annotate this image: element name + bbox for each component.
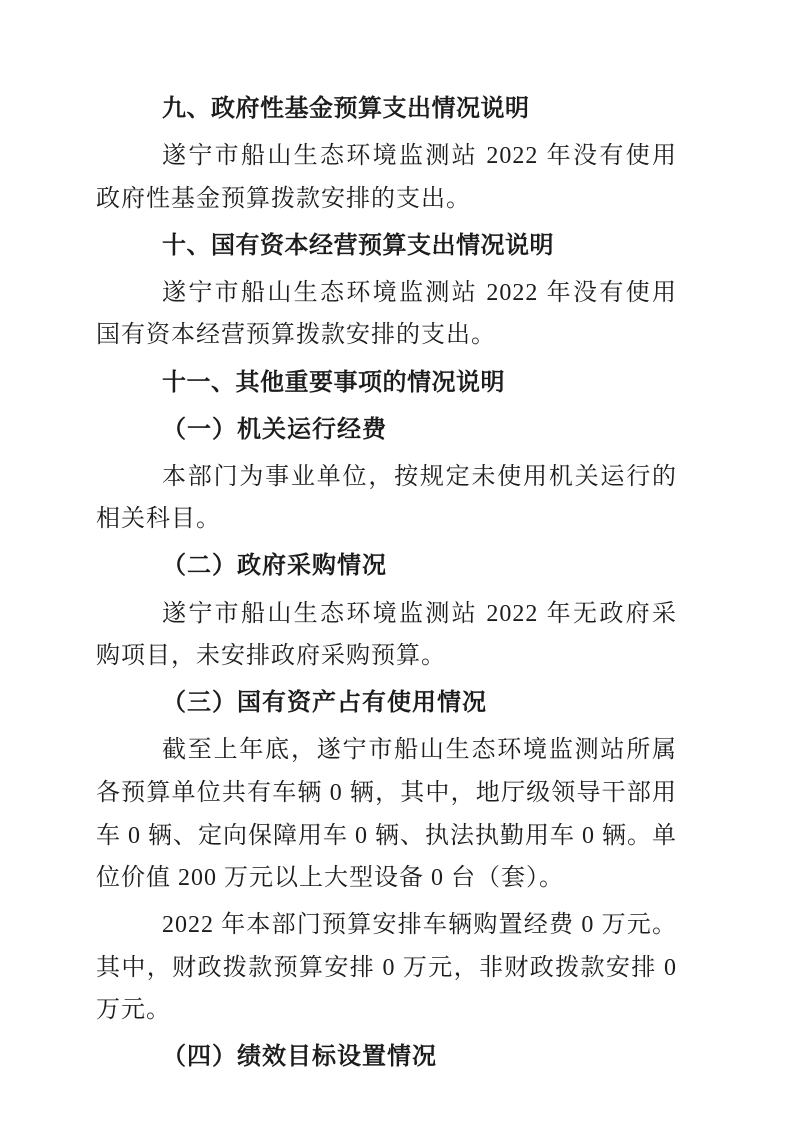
paragraph-gov-procurement: 遂宁市船山生态环境监测站 2022 年无政府采购项目，未安排政府采购预算。 xyxy=(96,593,677,678)
section-heading-10: 十、国有资本经营预算支出情况说明 xyxy=(96,225,677,268)
section-heading-9: 九、政府性基金预算支出情况说明 xyxy=(96,88,677,131)
subheading-performance-targets: （四）绩效目标设置情况 xyxy=(96,1036,677,1079)
subheading-gov-procurement: （二）政府采购情况 xyxy=(96,545,677,588)
paragraph-operating-expenses: 本部门为事业单位，按规定未使用机关运行的相关科目。 xyxy=(96,456,677,541)
paragraph-state-capital-budget: 遂宁市船山生态环境监测站 2022 年没有使用国有资本经营预算拨款安排的支出。 xyxy=(96,272,677,357)
section-heading-11: 十一、其他重要事项的情况说明 xyxy=(96,362,677,405)
paragraph-gov-fund-budget: 遂宁市船山生态环境监测站 2022 年没有使用政府性基金预算拨款安排的支出。 xyxy=(96,135,677,220)
document-page: 九、政府性基金预算支出情况说明 遂宁市船山生态环境监测站 2022 年没有使用政… xyxy=(0,0,793,1122)
subheading-state-assets: （三）国有资产占有使用情况 xyxy=(96,682,677,725)
paragraph-vehicle-purchase-budget: 2022 年本部门预算安排车辆购置经费 0 万元。其中，财政拨款预算安排 0 万… xyxy=(96,904,677,1032)
document-body: 九、政府性基金预算支出情况说明 遂宁市船山生态环境监测站 2022 年没有使用政… xyxy=(96,88,677,1084)
subheading-operating-expenses: （一）机关运行经费 xyxy=(96,409,677,452)
paragraph-state-assets-vehicles: 截至上年底，遂宁市船山生态环境监测站所属各预算单位共有车辆 0 辆，其中，地厅级… xyxy=(96,729,677,899)
